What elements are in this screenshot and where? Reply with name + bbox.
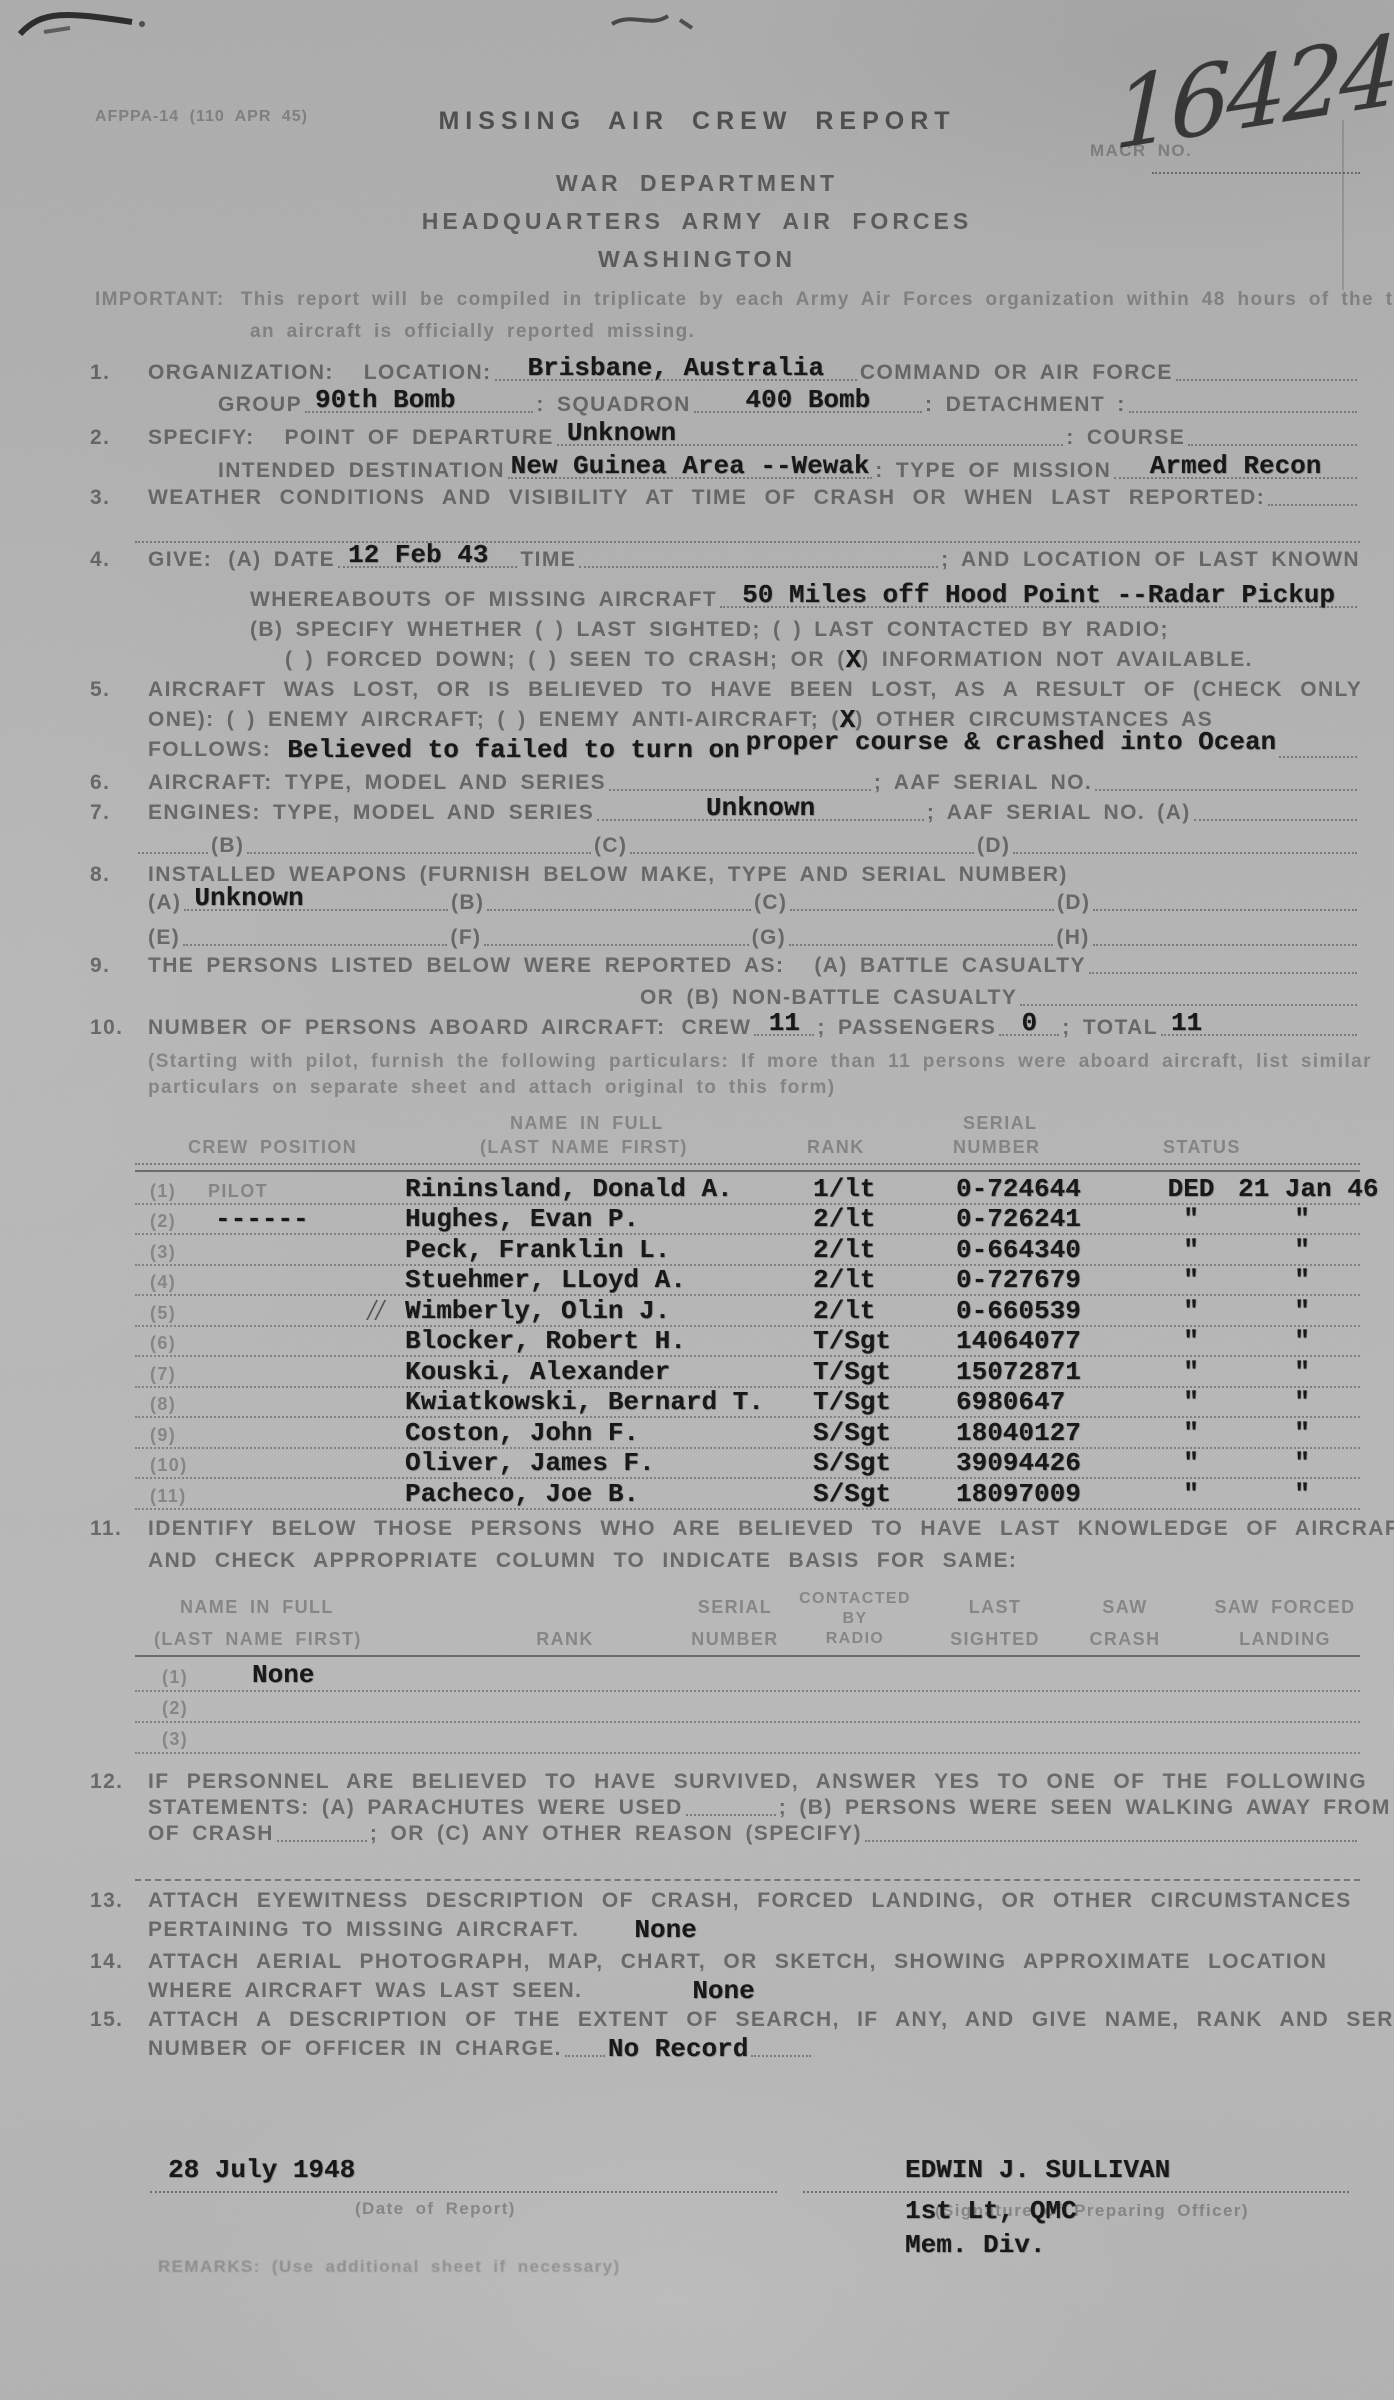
- of-crash-label: OF CRASH: [148, 1821, 274, 1847]
- crew-status: ": [1150, 1420, 1232, 1446]
- officer-division: Mem. Div.: [905, 2232, 1045, 2258]
- item13-number: 13.: [90, 1888, 140, 1914]
- crew-header-status: STATUS: [1163, 1136, 1241, 1158]
- crew-header-serial2: NUMBER: [953, 1136, 1040, 1158]
- weapons-a-value: Unknown: [194, 885, 303, 911]
- whereabouts-field: 50 Miles off Hood Point --Radar Pickup: [720, 606, 1357, 608]
- item1-line2: GROUP 90th Bomb : SQUADRON 400 Bomb : DE…: [218, 392, 1360, 418]
- engines-b-field: [247, 852, 591, 854]
- eyewitness-label-1: ATTACH EYEWITNESS DESCRIPTION OF CRASH, …: [148, 1888, 1352, 1914]
- weapons-c-field: [790, 909, 1054, 911]
- item11-number: 11.: [90, 1516, 140, 1542]
- crew-rank: S/Sgt: [813, 1481, 891, 1507]
- pen-mark-top-center: [606, 4, 726, 36]
- item4-number: 4.: [90, 547, 140, 573]
- item14-line2: WHERE AIRCRAFT WAS LAST SEEN. None: [148, 1978, 1360, 2004]
- specify-label: SPECIFY:: [148, 425, 255, 451]
- survived-label-1: IF PERSONNEL ARE BELIEVED TO HAVE SURVIV…: [148, 1769, 1367, 1795]
- crew-serial-number: 39094426: [956, 1450, 1081, 1476]
- crew-rank: 2/lt: [813, 1267, 875, 1293]
- item15-line1: 15. ATTACH A DESCRIPTION OF THE EXTENT O…: [148, 2007, 1360, 2033]
- item4-line1: 4. GIVE: (A) DATE 12 Feb 43 TIME ; AND L…: [148, 547, 1360, 573]
- section-divider-rule: [135, 1879, 1360, 1881]
- weapons-h-label: (H): [1056, 925, 1089, 951]
- search-lead-field: [565, 2055, 605, 2057]
- witness-table-row: (2): [0, 1693, 1394, 1724]
- crew-serial-number: 0-727679: [956, 1267, 1081, 1293]
- aircraft-series-label: AIRCRAFT: TYPE, MODEL AND SERIES: [148, 770, 606, 796]
- crew-note-2: particulars on separate sheet and attach…: [148, 1076, 835, 1100]
- engines-d-field: [1013, 852, 1357, 854]
- follows-value-2: proper course & crashed into Ocean: [746, 729, 1277, 755]
- reported-as-label: THE PERSONS LISTED BELOW WERE REPORTED A…: [148, 953, 784, 979]
- dept-line-war-department: WAR DEPARTMENT: [0, 170, 1394, 196]
- item9-line2: OR (B) NON-BATTLE CASUALTY: [640, 985, 1360, 1011]
- witness-header-landing2: LANDING: [1205, 1628, 1365, 1650]
- witness-table-row: (1) None: [0, 1662, 1394, 1693]
- important-note-line1: IMPORTANT: This report will be compiled …: [95, 288, 1360, 312]
- important-text-1: This report will be compiled in triplica…: [241, 288, 1394, 312]
- group-field: 90th Bomb: [305, 411, 533, 413]
- mission-value: Armed Recon: [1150, 453, 1322, 479]
- weather-label: WEATHER CONDITIONS AND VISIBILITY AT TIM…: [148, 485, 1265, 511]
- weather-field: [1268, 504, 1357, 506]
- time-field: [579, 566, 938, 568]
- item7-number: 7.: [90, 800, 140, 826]
- date-value: 12 Feb 43: [348, 542, 488, 568]
- parachutes-field: [686, 1814, 776, 1816]
- item15-number: 15.: [90, 2007, 140, 2033]
- crew-header-dotted-rule: [135, 1163, 1360, 1165]
- destination-label: INTENDED DESTINATION: [218, 458, 505, 484]
- crew-position-number: (8): [150, 1393, 176, 1415]
- departure-label: POINT OF DEPARTURE: [285, 425, 554, 451]
- item12-line3: OF CRASH ; OR (C) ANY OTHER REASON (SPEC…: [148, 1821, 1360, 1847]
- crew-serial-number: 6980647: [956, 1389, 1065, 1415]
- whereabouts-value: 50 Miles off Hood Point --Radar Pickup: [742, 582, 1335, 608]
- crew-table-row: (6) Blocker, Robert H. T/Sgt 14064077 " …: [0, 1328, 1394, 1359]
- engines-value: Unknown: [706, 795, 815, 821]
- search-value: No Record: [608, 2036, 748, 2062]
- crew-serial-number: 14064077: [956, 1328, 1081, 1354]
- total-field: 11: [1161, 1034, 1357, 1036]
- crew-rank: 2/lt: [813, 1298, 875, 1324]
- squadron-field: 400 Bomb: [694, 411, 922, 413]
- follows-value-1: Believed to failed to turn on: [287, 737, 739, 763]
- engines-b-label: (B): [211, 833, 244, 859]
- aircraft-lost-label: AIRCRAFT WAS LOST, OR IS BELIEVED TO HAV…: [148, 677, 1362, 703]
- crew-table-row: (7) Kouski, Alexander T/Sgt 15072871 " ": [0, 1358, 1394, 1389]
- crew-status-date: ": [1238, 1298, 1366, 1324]
- witness-header-rule: [135, 1655, 1360, 1657]
- item7-line2: (B) (C) (D): [135, 833, 1360, 859]
- crew-rank: 2/lt: [813, 1206, 875, 1232]
- item3-line1: 3. WEATHER CONDITIONS AND VISIBILITY AT …: [148, 485, 1360, 511]
- parachutes-label: STATEMENTS: (A) PARACHUTES WERE USED: [148, 1795, 683, 1821]
- item2-number: 2.: [90, 425, 140, 451]
- identify-label-2: AND CHECK APPROPRIATE COLUMN TO INDICATE…: [148, 1548, 1017, 1574]
- crew-table-row: (9) Coston, John F. S/Sgt 18040127 " ": [0, 1419, 1394, 1450]
- non-battle-casualty-label: OR (B) NON-BATTLE CASUALTY: [640, 985, 1017, 1011]
- item4-location-tail: ; AND LOCATION OF LAST KNOWN: [941, 547, 1360, 573]
- crew-position-number: (4): [150, 1271, 176, 1293]
- crew-rank: T/Sgt: [813, 1328, 891, 1354]
- item14-line1: 14. ATTACH AERIAL PHOTOGRAPH, MAP, CHART…: [148, 1949, 1360, 1975]
- crew-status-date: ": [1238, 1267, 1366, 1293]
- date-of-report-label: (Date of Report): [355, 2198, 516, 2220]
- info-not-available-label: ) INFORMATION NOT AVAILABLE.: [861, 647, 1253, 673]
- preparing-officer-name: EDWIN J. SULLIVAN: [905, 2157, 1170, 2183]
- crew-name: Peck, Franklin L.: [405, 1237, 670, 1263]
- crew-serial-number: 0-726241: [956, 1206, 1081, 1232]
- crew-table-row: (10) Oliver, James F. S/Sgt 39094426 " ": [0, 1450, 1394, 1481]
- crew-label: CREW: [682, 1015, 752, 1041]
- crew-table-row: (2) ------ Hughes, Evan P. 2/lt 0-726241…: [0, 1206, 1394, 1237]
- weapons-g-label: (G): [752, 925, 787, 951]
- walking-away-label: ; (B) PERSONS WERE SEEN WALKING AWAY FRO…: [779, 1795, 1394, 1821]
- report-date: 28 July 1948: [168, 2157, 355, 2183]
- item1-location-label: LOCATION:: [364, 360, 492, 386]
- other-reason-label: ; OR (C) ANY OTHER REASON (SPECIFY): [370, 1821, 862, 1847]
- item1-line1: 1. ORGANIZATION: LOCATION: Brisbane, Aus…: [148, 360, 1360, 386]
- battle-casualty-label: (A) BATTLE CASUALTY: [814, 953, 1085, 979]
- crew-header-position: CREW POSITION: [188, 1136, 357, 1158]
- weapons-d-label: (D): [1057, 890, 1090, 916]
- officer-rank: 1st Lt, QMC: [905, 2198, 1077, 2224]
- give-label: GIVE:: [148, 547, 212, 573]
- item8-line1: 8. INSTALLED WEAPONS (FURNISH BELOW MAKE…: [148, 862, 1360, 888]
- crew-name: Stuehmer, LLoyd A.: [405, 1267, 686, 1293]
- destination-value: New Guinea Area --Wewak: [511, 453, 870, 479]
- witness-header-radio2: BY: [790, 1608, 920, 1630]
- item8-line2: (A) Unknown (B) (C) (D): [148, 890, 1360, 916]
- crew-status: ": [1150, 1237, 1232, 1263]
- item11-line2: AND CHECK APPROPRIATE COLUMN TO INDICATE…: [148, 1548, 1360, 1574]
- aircraft-serial-label: ; AAF SERIAL NO.: [874, 770, 1092, 796]
- item12-line2: STATEMENTS: (A) PARACHUTES WERE USED ; (…: [148, 1795, 1360, 1821]
- crew-table-row: (11) Pacheco, Joe B. S/Sgt 18097009 " ": [0, 1480, 1394, 1511]
- item1-number: 1.: [90, 360, 140, 386]
- crew-table-row: (8) Kwiatkowski, Bernard T. T/Sgt 698064…: [0, 1389, 1394, 1420]
- item13-line2: PERTAINING TO MISSING AIRCRAFT. None: [148, 1917, 1360, 1943]
- weapons-e-field: [183, 944, 447, 946]
- crew-status-date: ": [1238, 1237, 1366, 1263]
- enemy-aircraft-label: ONE): ( ) ENEMY AIRCRAFT; ( ) ENEMY ANTI…: [148, 707, 840, 733]
- crew-table: (1) PILOT Rininsland, Donald A. 1/lt 0-7…: [0, 1175, 1394, 1511]
- crew-position-number: (2): [150, 1210, 176, 1232]
- crew-position-strikeout: ------: [215, 1206, 309, 1232]
- crew-header-name2: (LAST NAME FIRST): [480, 1136, 688, 1158]
- crew-header-serial1: SERIAL: [963, 1112, 1037, 1134]
- follows-field: [1279, 756, 1357, 758]
- crew-position-number: (1): [150, 1180, 176, 1202]
- dept-line-headquarters: HEADQUARTERS ARMY AIR FORCES: [0, 208, 1394, 234]
- officer-underline: [803, 2191, 1349, 2193]
- battle-casualty-field: [1089, 972, 1357, 974]
- witness-header-rank: RANK: [505, 1628, 625, 1650]
- search-label-2: NUMBER OF OFFICER IN CHARGE.: [148, 2036, 562, 2062]
- mission-field: Armed Recon: [1114, 477, 1357, 479]
- crew-status-date: ": [1238, 1481, 1366, 1507]
- total-count: 11: [1171, 1010, 1202, 1036]
- item10-note2: particulars on separate sheet and attach…: [148, 1076, 1360, 1100]
- weapons-a-label: (A): [148, 890, 181, 916]
- witness-header-sighted2: SIGHTED: [935, 1628, 1055, 1650]
- squadron-value: 400 Bomb: [745, 387, 870, 413]
- location-value: Brisbane, Australia: [527, 355, 823, 381]
- group-value: 90th Bomb: [315, 387, 455, 413]
- crew-handwritten-mark: //: [368, 1296, 384, 1324]
- weapons-b-label: (B): [451, 890, 484, 916]
- crew-status-date: ": [1238, 1420, 1366, 1446]
- item15-line2: NUMBER OF OFFICER IN CHARGE. No Record: [148, 2036, 894, 2062]
- engines-c-field: [630, 852, 974, 854]
- destination-field: New Guinea Area --Wewak: [508, 477, 872, 479]
- detachment-label: : DETACHMENT :: [925, 392, 1126, 418]
- witness-header-crash2: CRASH: [1065, 1628, 1185, 1650]
- crew-rank: 1/lt: [813, 1176, 875, 1202]
- photo-label-1: ATTACH AERIAL PHOTOGRAPH, MAP, CHART, OR…: [148, 1949, 1327, 1975]
- witness-header-landing1: SAW FORCED: [1205, 1596, 1365, 1618]
- weather-continuation-line: [135, 541, 1360, 543]
- date-label: (A) DATE: [228, 547, 335, 573]
- crew-position-number: (10): [150, 1454, 188, 1476]
- item4-line3: (B) SPECIFY WHETHER ( ) LAST SIGHTED; ( …: [250, 617, 1360, 643]
- item5-number: 5.: [90, 677, 140, 703]
- mission-label: : TYPE OF MISSION: [875, 458, 1111, 484]
- crew-serial-number: 0-724644: [956, 1176, 1081, 1202]
- crew-table-row: (4) Stuehmer, LLoyd A. 2/lt 0-727679 " ": [0, 1267, 1394, 1298]
- crew-name: Wimberly, Olin J.: [405, 1298, 670, 1324]
- important-note-line2: an aircraft is officially reported missi…: [250, 320, 1360, 344]
- macr-number-handwritten: 16424: [1113, 8, 1394, 172]
- command-field: [1176, 379, 1357, 381]
- item5-line1: 5. AIRCRAFT WAS LOST, OR IS BELIEVED TO …: [148, 677, 1360, 703]
- non-battle-casualty-field: [1020, 1004, 1357, 1006]
- crew-field: 11: [754, 1034, 814, 1036]
- engines-lead-field: [138, 852, 208, 854]
- squadron-label: : SQUADRON: [536, 392, 690, 418]
- witness-header-crash1: SAW: [1065, 1596, 1185, 1618]
- aircraft-serial-field: [1095, 789, 1357, 791]
- weapons-a-field: Unknown: [184, 909, 448, 911]
- weapons-d-field: [1093, 909, 1357, 911]
- item10-line1: 10. NUMBER OF PERSONS ABOARD AIRCRAFT: C…: [148, 1015, 1360, 1041]
- weapons-g-field: [789, 944, 1053, 946]
- item3-number: 3.: [90, 485, 140, 511]
- other-reason-field: [865, 1840, 1357, 1842]
- course-field: [1188, 444, 1357, 446]
- item14-number: 14.: [90, 1949, 140, 1975]
- engines-series-label: ENGINES: TYPE, MODEL AND SERIES: [148, 800, 594, 826]
- departure-field: Unknown: [557, 444, 1063, 446]
- crew-status-date: ": [1238, 1328, 1366, 1354]
- witness-row-number: (2): [162, 1697, 188, 1719]
- item8-line3: (E) (F) (G) (H): [148, 925, 1360, 951]
- missing-air-crew-report-page: AFPPA-14 (110 APR 45) MISSING AIR CREW R…: [0, 0, 1394, 2400]
- crew-status: ": [1150, 1298, 1232, 1324]
- departure-value: Unknown: [567, 420, 676, 446]
- date-field: 12 Feb 43: [338, 566, 517, 568]
- crew-table-row: (1) PILOT Rininsland, Donald A. 1/lt 0-7…: [0, 1175, 1394, 1206]
- crew-status: ": [1150, 1267, 1232, 1293]
- aircraft-series-field: [609, 789, 871, 791]
- witness-table: (1) None (2) (3): [0, 1662, 1394, 1755]
- important-text-2: an aircraft is officially reported missi…: [250, 320, 695, 344]
- crew-rank: S/Sgt: [813, 1420, 891, 1446]
- photo-label-2: WHERE AIRCRAFT WAS LAST SEEN.: [148, 1978, 582, 2004]
- important-label: IMPORTANT:: [95, 288, 225, 312]
- weapons-c-label: (C): [754, 890, 787, 916]
- item7-line1: 7. ENGINES: TYPE, MODEL AND SERIES Unkno…: [148, 800, 1360, 826]
- weapons-b-field: [487, 909, 751, 911]
- pen-scribble-top-left: [14, 2, 164, 47]
- witness-header-name1: NAME IN FULL: [180, 1596, 334, 1618]
- crew-serial-number: 15072871: [956, 1359, 1081, 1385]
- crew-rank: S/Sgt: [813, 1450, 891, 1476]
- crew-position-number: (7): [150, 1363, 176, 1385]
- crew-status: ": [1150, 1450, 1232, 1476]
- item1-organization-label: ORGANIZATION:: [148, 360, 334, 386]
- info-not-available-check: X: [846, 647, 862, 673]
- crew-name: Oliver, James F.: [405, 1450, 655, 1476]
- weapons-f-label: (F): [450, 925, 481, 951]
- crew-name: Kouski, Alexander: [405, 1359, 670, 1385]
- group-label: GROUP: [218, 392, 302, 418]
- weapons-f-field: [484, 944, 748, 946]
- crew-name: Kwiatkowski, Bernard T.: [405, 1389, 764, 1415]
- witness-header-sighted1: LAST: [935, 1596, 1055, 1618]
- eyewitness-value: None: [634, 1917, 696, 1943]
- item5-line3: FOLLOWS: Believed to failed to turn on p…: [148, 737, 1360, 763]
- crew-position-label: PILOT: [208, 1180, 268, 1202]
- of-crash-field: [277, 1840, 367, 1842]
- remarks-label: REMARKS: (Use additional sheet if necess…: [158, 2256, 621, 2278]
- crew-header-rule: [135, 1170, 1360, 1172]
- crew-status-date: ": [1238, 1359, 1366, 1385]
- crew-rank: T/Sgt: [813, 1389, 891, 1415]
- search-label-1: ATTACH A DESCRIPTION OF THE EXTENT OF SE…: [148, 2007, 1394, 2033]
- time-label: TIME: [520, 547, 576, 573]
- crew-note-1: (Starting with pilot, furnish the follow…: [148, 1050, 1372, 1074]
- item12-number: 12.: [90, 1769, 140, 1795]
- item13-line1: 13. ATTACH EYEWITNESS DESCRIPTION OF CRA…: [148, 1888, 1360, 1914]
- crew-header-rank: RANK: [807, 1136, 865, 1158]
- date-underline: [150, 2191, 777, 2193]
- crew-status-date: ": [1238, 1389, 1366, 1415]
- crew-status-date: 21 Jan 46: [1238, 1176, 1366, 1202]
- crew-table-row: (5) // Wimberly, Olin J. 2/lt 0-660539 "…: [0, 1297, 1394, 1328]
- passengers-count: 0: [1021, 1010, 1037, 1036]
- engines-c-label: (C): [594, 833, 627, 859]
- crew-rank: 2/lt: [813, 1237, 875, 1263]
- engines-field: Unknown: [597, 819, 924, 821]
- crew-position-number: (3): [150, 1241, 176, 1263]
- identify-label-1: IDENTIFY BELOW THOSE PERSONS WHO ARE BEL…: [148, 1516, 1394, 1542]
- item12-line1: 12. IF PERSONNEL ARE BELIEVED TO HAVE SU…: [148, 1769, 1360, 1795]
- witness-row-value: None: [252, 1662, 314, 1688]
- witness-row-number: (3): [162, 1728, 188, 1750]
- crew-serial-number: 0-660539: [956, 1298, 1081, 1324]
- crew-status: ": [1150, 1206, 1232, 1232]
- item10-number: 10.: [90, 1015, 140, 1041]
- item4-line2: WHEREABOUTS OF MISSING AIRCRAFT 50 Miles…: [250, 587, 1360, 613]
- crew-position-number: (5): [150, 1302, 176, 1324]
- engines-serial-label: ; AAF SERIAL NO. (A): [927, 800, 1191, 826]
- course-label: : COURSE: [1066, 425, 1185, 451]
- crew-rank: T/Sgt: [813, 1359, 891, 1385]
- location-field: Brisbane, Australia: [495, 379, 857, 381]
- crew-name: Coston, John F.: [405, 1420, 639, 1446]
- item10-note1: (Starting with pilot, furnish the follow…: [148, 1050, 1360, 1074]
- specify-whether-label: (B) SPECIFY WHETHER ( ) LAST SIGHTED; ( …: [250, 617, 1169, 643]
- witness-header-name2: (LAST NAME FIRST): [154, 1628, 362, 1650]
- crew-status: DED: [1150, 1176, 1232, 1202]
- item1-command-label: COMMAND OR AIR FORCE: [860, 360, 1173, 386]
- item2-line1: 2. SPECIFY: POINT OF DEPARTURE Unknown :…: [148, 425, 1360, 451]
- search-tail-field: [751, 2055, 811, 2057]
- item11-line1: 11. IDENTIFY BELOW THOSE PERSONS WHO ARE…: [148, 1516, 1360, 1542]
- passengers-label: ; PASSENGERS: [817, 1015, 996, 1041]
- eyewitness-label-2: PERTAINING TO MISSING AIRCRAFT.: [148, 1917, 579, 1943]
- crew-count: 11: [769, 1010, 800, 1036]
- crew-status: ": [1150, 1328, 1232, 1354]
- crew-name: Hughes, Evan P.: [405, 1206, 639, 1232]
- crew-status: ": [1150, 1359, 1232, 1385]
- follows-label: FOLLOWS:: [148, 737, 271, 763]
- crew-name: Pacheco, Joe B.: [405, 1481, 639, 1507]
- dept-line-washington: WASHINGTON: [0, 246, 1394, 272]
- crew-table-row: (3) Peck, Franklin L. 2/lt 0-664340 " ": [0, 1236, 1394, 1267]
- crew-status: ": [1150, 1481, 1232, 1507]
- crew-name: Rininsland, Donald A.: [405, 1176, 733, 1202]
- item2-line2: INTENDED DESTINATION New Guinea Area --W…: [218, 458, 1360, 484]
- witness-row-number: (1): [162, 1666, 188, 1688]
- witness-header-radio1: CONTACTED: [790, 1588, 920, 1610]
- total-label: ; TOTAL: [1062, 1015, 1158, 1041]
- engines-d-label: (D): [977, 833, 1010, 859]
- item9-number: 9.: [90, 953, 140, 979]
- witness-header-serial1: SERIAL: [675, 1596, 795, 1618]
- whereabouts-label: WHEREABOUTS OF MISSING AIRCRAFT: [250, 587, 717, 613]
- crew-status-date: ": [1238, 1206, 1366, 1232]
- crew-name: Blocker, Robert H.: [405, 1328, 686, 1354]
- witness-header-serial2: NUMBER: [675, 1628, 795, 1650]
- passengers-field: 0: [999, 1034, 1059, 1036]
- crew-status: ": [1150, 1389, 1232, 1415]
- photo-value: None: [692, 1978, 754, 2004]
- crew-position-number: (11): [150, 1485, 187, 1507]
- forced-down-label: ( ) FORCED DOWN; ( ) SEEN TO CRASH; OR (: [285, 647, 846, 673]
- item6-number: 6.: [90, 770, 140, 796]
- engines-serial-a-field: [1194, 819, 1357, 821]
- crew-position-number: (9): [150, 1424, 176, 1446]
- crew-serial-number: 0-664340: [956, 1237, 1081, 1263]
- witness-header-radio3: RADIO: [790, 1628, 920, 1650]
- crew-position-number: (6): [150, 1332, 176, 1354]
- weapons-h-field: [1093, 944, 1357, 946]
- item8-number: 8.: [90, 862, 140, 888]
- crew-header-name1: NAME IN FULL: [510, 1112, 664, 1134]
- item9-line1: 9. THE PERSONS LISTED BELOW WERE REPORTE…: [148, 953, 1360, 979]
- weapons-e-label: (E): [148, 925, 180, 951]
- item4-line4: ( ) FORCED DOWN; ( ) SEEN TO CRASH; OR (…: [285, 647, 1360, 673]
- persons-aboard-label: NUMBER OF PERSONS ABOARD AIRCRAFT:: [148, 1015, 666, 1041]
- crew-status-date: ": [1238, 1450, 1366, 1476]
- crew-serial-number: 18097009: [956, 1481, 1081, 1507]
- detachment-field: [1129, 411, 1357, 413]
- witness-table-row: (3): [0, 1724, 1394, 1755]
